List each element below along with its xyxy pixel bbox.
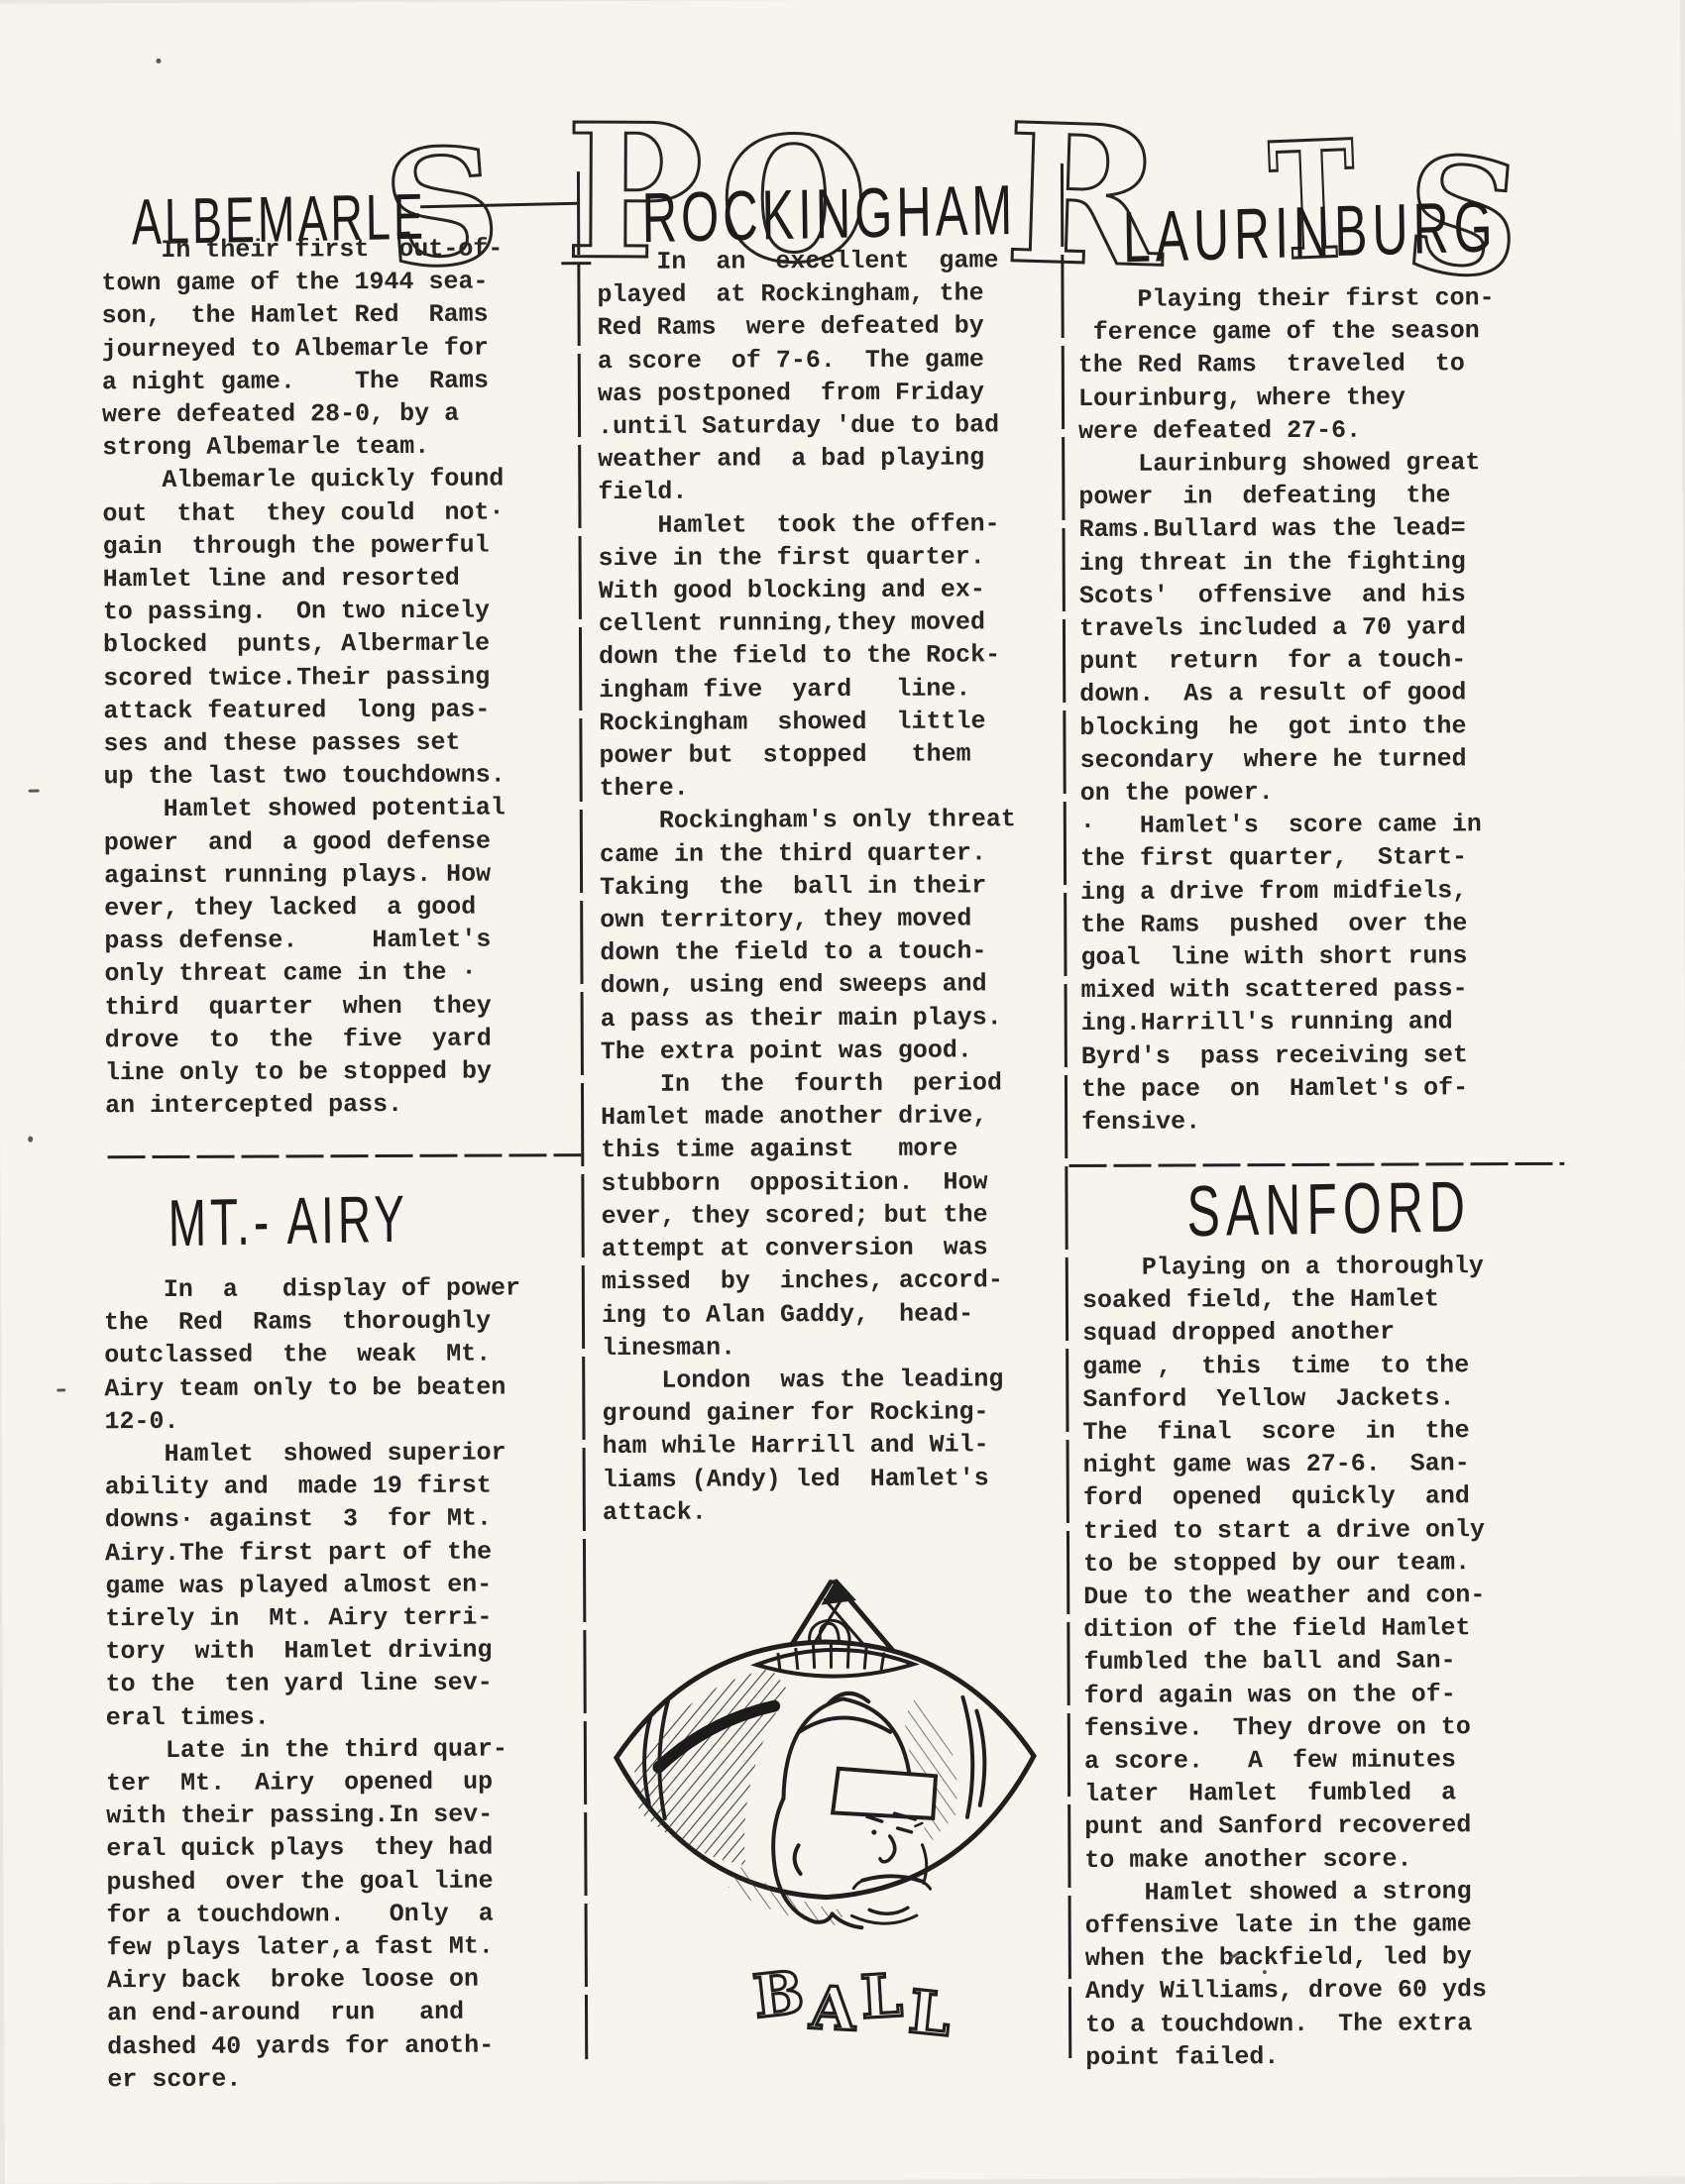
- text-line: sive in the first quarter.: [599, 540, 1060, 575]
- text-line: to be stopped by our team.: [1083, 1546, 1564, 1581]
- text-line: ford opened quickly and: [1083, 1479, 1564, 1514]
- text-line: outclassed the weak Mt.: [104, 1338, 585, 1372]
- text-line: came in the third quarter.: [600, 836, 1061, 871]
- text-line: on the power.: [1080, 775, 1561, 810]
- text-line: attack featured long pas-: [103, 693, 584, 727]
- text-line: played at Rockingham, the: [597, 276, 1058, 311]
- article-divider-right-column: [1068, 1162, 1564, 1167]
- text-line: goal line with short runs: [1080, 939, 1561, 974]
- paper-speck: [56, 1388, 65, 1391]
- text-line: a score. A few minutes: [1084, 1743, 1565, 1778]
- text-line: Late in the third quar-: [106, 1732, 587, 1767]
- text-line: ever, they scored; but the: [601, 1198, 1062, 1233]
- text-line: ford again was on the of-: [1084, 1677, 1565, 1711]
- text-line: were defeated 27-6.: [1078, 413, 1559, 448]
- text-line: Red Rams were defeated by: [598, 309, 1059, 344]
- text-line: Lourinburg, where they: [1078, 380, 1559, 414]
- text-line: Byrd's pass receiving set: [1081, 1038, 1562, 1073]
- text-line: In the fourth period: [601, 1066, 1062, 1101]
- text-line: to passing. On two nicely: [103, 594, 584, 628]
- text-line: against running plays. How: [104, 857, 585, 892]
- text-line: weather and a bad playing: [598, 441, 1059, 476]
- text-line: Due to the weather and con-: [1083, 1579, 1564, 1613]
- text-line: third quarter when they: [105, 989, 586, 1024]
- text-line: fensive.: [1081, 1104, 1562, 1139]
- text-line: field.: [598, 474, 1059, 508]
- text-line: ses and these passes set: [103, 725, 584, 760]
- ball-letter: A: [808, 1974, 858, 2045]
- text-line: fumbled the ball and San-: [1083, 1644, 1564, 1679]
- text-line: to a touchdown. The extra: [1085, 2006, 1566, 2040]
- text-line: stubborn opposition. How: [601, 1165, 1062, 1200]
- text-line: Laurinburg showed great: [1078, 446, 1559, 481]
- text-line: punt return for a touch-: [1079, 643, 1560, 678]
- text-line: journeyed to Albemarle for: [102, 331, 583, 366]
- article-mt-airy-text: In a display of powerthe Red Rams thorou…: [104, 1271, 589, 2096]
- text-line: game , this time to the: [1082, 1348, 1563, 1382]
- text-line: line only to be stopped by: [105, 1054, 586, 1089]
- text-line: for a touchdown. Only a: [107, 1897, 588, 1931]
- text-line: soaked field, the Hamlet: [1082, 1282, 1563, 1317]
- text-line: later Hamlet fumbled a: [1084, 1776, 1565, 1810]
- text-line: mixed with scattered pass-: [1080, 972, 1561, 1007]
- text-line: power in defeating the: [1078, 479, 1559, 513]
- text-line: Rockingham showed little: [599, 705, 1060, 739]
- text-line: Airy back broke loose on: [107, 1962, 588, 1997]
- text-line: downs· against 3 for Mt.: [105, 1502, 586, 1537]
- text-line: ing.Harrill's running and: [1081, 1005, 1562, 1039]
- article-heading-sanford: SANFORD: [1090, 1169, 1567, 1250]
- text-line: dition of the field Hamlet: [1083, 1611, 1564, 1646]
- text-line: the Red Rams thoroughly: [104, 1304, 585, 1339]
- text-line: liams (Andy) led Hamlet's: [603, 1462, 1064, 1496]
- paper-speck: [29, 790, 40, 793]
- text-line: a pass as their main plays.: [601, 1001, 1062, 1036]
- article-heading-laurinburg: LAURINBURG: [1071, 189, 1548, 275]
- text-line: 12-0.: [104, 1403, 585, 1438]
- text-line: eral times.: [106, 1699, 587, 1734]
- text-line: Albemarle quickly found: [102, 463, 583, 497]
- text-line: down the field to a touch-: [600, 934, 1061, 969]
- newspaper-sports-page: S P O R T S ALBEMARLE In their first out…: [0, 0, 1685, 2184]
- text-line: Rams.Bullard was the lead=: [1078, 511, 1559, 546]
- text-line: London was the leading: [602, 1363, 1063, 1397]
- text-line: In a display of power: [104, 1271, 585, 1306]
- text-line: pushed over the goal line: [106, 1864, 587, 1899]
- text-line: Hamlet made another drive,: [601, 1099, 1062, 1134]
- text-line: · Hamlet's score came in: [1080, 808, 1561, 842]
- text-line: down, using end sweeps and: [600, 968, 1061, 1003]
- text-line: The final score in the: [1082, 1414, 1563, 1449]
- text-line: linesman.: [602, 1330, 1063, 1365]
- text-line: travels included a 70 yard: [1079, 610, 1560, 645]
- text-line: an intercepted pass.: [105, 1087, 586, 1122]
- text-line: when the backfield, led by: [1085, 1940, 1566, 1975]
- text-line: In their first out-of-: [101, 232, 582, 267]
- text-line: attempt at conversion was: [602, 1231, 1063, 1265]
- text-line: Airy.The first part of the: [105, 1535, 586, 1570]
- text-line: a night game. The Rams: [102, 364, 583, 398]
- text-line: down the field to the Rock-: [599, 638, 1060, 673]
- text-line: The extra point was good.: [601, 1034, 1062, 1068]
- text-line: Sanford Yellow Jackets.: [1082, 1381, 1563, 1416]
- text-line: to the ten yard line sev-: [106, 1667, 587, 1701]
- text-line: this time against more: [601, 1133, 1062, 1167]
- text-line: punt and Sanford recovered: [1084, 1808, 1565, 1843]
- text-line: the first quarter, Start-: [1080, 840, 1561, 875]
- text-line: own territory, they moved: [600, 902, 1061, 936]
- text-line: game was played almost en-: [105, 1568, 586, 1602]
- article-rockingham-text: In an excellent gameplayed at Rockingham…: [597, 244, 1064, 1529]
- text-line: pass defense. Hamlet's: [104, 923, 585, 957]
- text-line: to make another score.: [1084, 1841, 1565, 1876]
- text-line: power and a good defense: [104, 824, 585, 859]
- text-line: night game was 27-6. San-: [1083, 1447, 1564, 1481]
- article-heading-mt-airy: MT.- AIRY: [104, 1184, 472, 1257]
- article-divider-left-column: [107, 1153, 581, 1158]
- text-line: secondary where he turned: [1079, 742, 1560, 777]
- text-line: the pace on Hamlet's of-: [1081, 1071, 1562, 1106]
- text-line: few plays later,a fast Mt.: [107, 1929, 588, 1964]
- page-title-sports: S P O R T S: [0, 0, 1680, 4]
- text-line: ability and made 19 first: [105, 1469, 586, 1503]
- text-line: was postponed from Friday: [598, 376, 1059, 410]
- paper-speck: [156, 58, 161, 63]
- text-line: Airy team only to be beaten: [104, 1370, 585, 1405]
- text-line: tried to start a drive only: [1083, 1512, 1564, 1547]
- text-line: Hamlet showed a strong: [1084, 1875, 1565, 1910]
- article-laurinburg-text: Playing their first con- ference game of…: [1077, 281, 1562, 1139]
- text-line: ter Mt. Airy opened up: [106, 1765, 587, 1800]
- paper-speck: [28, 1137, 33, 1143]
- text-line: ingham five yard line.: [599, 672, 1060, 707]
- text-line: out that they could not·: [102, 495, 583, 530]
- text-line: Playing on a thoroughly: [1082, 1250, 1563, 1284]
- text-line: Andy Williams, drove 60 yds: [1085, 1973, 1566, 2008]
- article-albemarle-text: In their first out-of-town game of the 1…: [101, 232, 586, 1123]
- text-line: Playing their first con-: [1077, 281, 1558, 316]
- text-line: son, the Hamlet Red Rams: [102, 298, 583, 333]
- text-line: drove to the five yard: [105, 1022, 586, 1056]
- text-line: the Rams pushed over the: [1080, 907, 1561, 941]
- text-line: ground gainer for Rocking-: [602, 1395, 1063, 1430]
- text-line: town game of the 1944 sea-: [101, 265, 582, 299]
- text-line: there.: [600, 770, 1061, 805]
- text-line: squad dropped another: [1082, 1315, 1563, 1350]
- football-illustration: F O O: [587, 1520, 1065, 2072]
- text-line: missed by inches, accord-: [602, 1263, 1063, 1298]
- text-line: ing threat in the fighting: [1079, 544, 1560, 579]
- text-line: tory with Hamlet driving: [105, 1633, 586, 1668]
- text-line: ham while Harrill and Wil-: [602, 1428, 1063, 1463]
- text-line: eral quick plays they had: [106, 1831, 587, 1866]
- text-line: dashed 40 yards for anoth-: [107, 2028, 588, 2063]
- text-line: were defeated 28-0, by a: [102, 396, 583, 431]
- text-line: the Red Rams traveled to: [1078, 347, 1559, 382]
- text-line: .until Saturday 'due to bad: [598, 408, 1059, 443]
- text-line: Scots' offensive and his: [1079, 578, 1560, 612]
- article-sanford-text: Playing on a thoroughlysoaked field, the…: [1082, 1250, 1567, 2074]
- text-line: ing to Alan Gaddy, head-: [602, 1297, 1063, 1332]
- text-line: point failed.: [1085, 2039, 1566, 2074]
- text-line: only threat came in the ·: [104, 956, 585, 991]
- text-line: Rockingham's only threat: [600, 803, 1061, 837]
- text-line: er score.: [107, 2061, 588, 2096]
- text-line: with their passing.In sev-: [106, 1798, 587, 1832]
- text-line: an end-around run and: [107, 1996, 588, 2030]
- text-line: Hamlet showed potential: [104, 792, 585, 826]
- text-line: Hamlet took the offen-: [598, 507, 1059, 542]
- text-line: gain through the powerful: [103, 528, 584, 563]
- text-line: fensive. They drove on to: [1084, 1710, 1565, 1745]
- text-line: blocking he got into the: [1079, 709, 1560, 743]
- text-line: Hamlet line and resorted: [103, 561, 584, 596]
- text-line: ference game of the season: [1078, 314, 1559, 349]
- text-line: up the last two touchdowns.: [104, 758, 585, 793]
- text-line: strong Albemarle team.: [102, 429, 583, 464]
- text-line: With good blocking and ex-: [599, 573, 1060, 607]
- text-line: Taking the ball in their: [600, 869, 1061, 904]
- text-line: down. As a result of good: [1079, 676, 1560, 710]
- text-line: scored twice.Their passing: [103, 660, 584, 695]
- text-line: cellent running,they moved: [599, 605, 1060, 640]
- text-line: offensive late in the game: [1085, 1908, 1566, 1942]
- ball-letter: L: [859, 1961, 905, 2032]
- text-line: Hamlet showed superior: [105, 1436, 586, 1471]
- ball-letter: L: [906, 1977, 955, 2050]
- text-line: a score of 7-6. The game: [598, 343, 1059, 378]
- text-line: tirely in Mt. Airy terri-: [105, 1600, 586, 1635]
- text-line: ing a drive from midfiels,: [1080, 873, 1561, 908]
- ball-letter: B: [750, 1958, 808, 2032]
- paper-speck: [1263, 1970, 1267, 1974]
- text-line: blocked punts, Albermarle: [103, 627, 584, 662]
- text-line: power but stopped them: [599, 737, 1060, 772]
- text-line: ever, they lacked a good: [104, 890, 585, 925]
- text-line: In an excellent game: [597, 244, 1058, 278]
